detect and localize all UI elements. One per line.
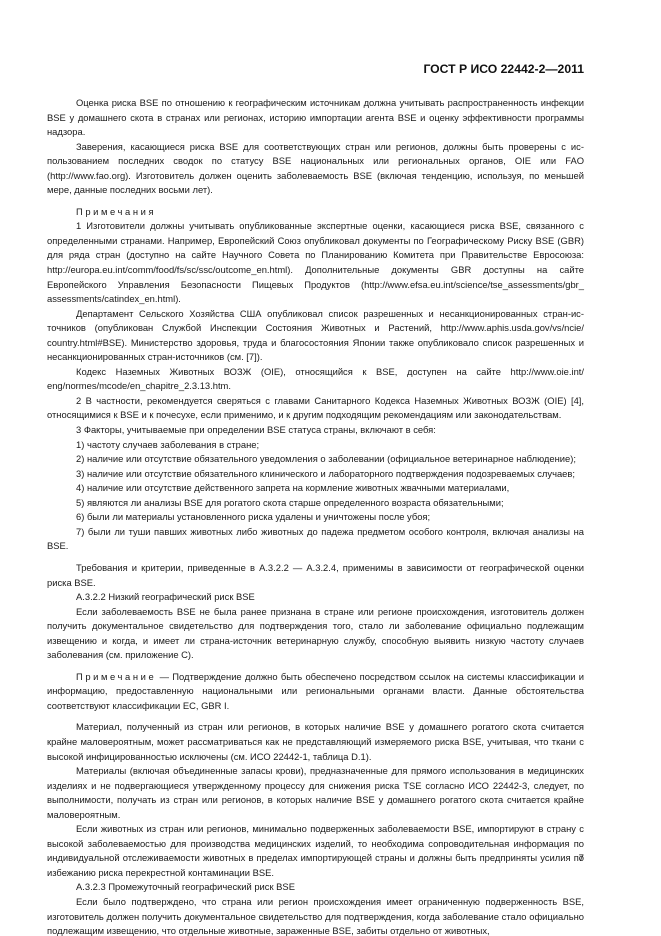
factor-item-4: 4) наличие или отсутствие действенного з… — [47, 481, 584, 496]
factor-item-6: 6) были ли материалы установленного риск… — [47, 510, 584, 525]
factor-item-5: 5) являются ли анализы BSE для рогатого … — [47, 496, 584, 511]
note-label: Примечание — [76, 671, 156, 682]
section-heading-intermediate-risk: А.3.2.3 Промежуточный географический рис… — [47, 880, 584, 895]
low-risk-materials: Материалы (включая объединенные запасы к… — [47, 764, 584, 822]
factor-item-1: 1) частоту случаев заболевания в стране; — [47, 438, 584, 453]
low-risk-note: Примечание — Подтверждение должно быть о… — [47, 670, 584, 714]
notes-title: Примечания — [47, 205, 584, 220]
low-risk-animals: Если животных из стран или регионов, мин… — [47, 822, 584, 880]
document-code-header: ГОСТ Р ИСО 22442-2—2011 — [423, 62, 584, 76]
note-2: 2 В частности, рекомендуется сверяться с… — [47, 394, 584, 423]
factor-item-7: 7) были ли туши павших животных либо жив… — [47, 525, 584, 554]
factor-item-2: 2) наличие или отсутствие обязательного … — [47, 452, 584, 467]
intermediate-risk-body: Если было подтверждено, что страна или р… — [47, 895, 584, 936]
section-heading-low-risk: А.3.2.2 Низкий географический риск BSE — [47, 590, 584, 605]
low-risk-material: Материал, полученный из стран или регион… — [47, 720, 584, 764]
document-body: Оценка риска BSE по отношению к географи… — [47, 96, 584, 936]
low-risk-body: Если заболеваемость BSE не была ранее пр… — [47, 605, 584, 663]
page-number: 7 — [579, 853, 584, 864]
paragraph-geographic-risk: Оценка риска BSE по отношению к географи… — [47, 96, 584, 140]
paragraph-assurances: Заверения, касающиеся риска BSE для соот… — [47, 140, 584, 198]
note-1-usda: Департамент Сельского Хозяйства США опуб… — [47, 307, 584, 365]
requirements-paragraph: Требования и критерии, приведенные в А.3… — [47, 561, 584, 590]
factor-item-3: 3) наличие или отсутствие обязательного … — [47, 467, 584, 482]
note-1: 1 Изготовители должны учитывать опублико… — [47, 219, 584, 306]
note-1-oie: Кодекс Наземных Животных ВОЗЖ (OIE), отн… — [47, 365, 584, 394]
note-3: 3 Факторы, учитываемые при определении B… — [47, 423, 584, 438]
